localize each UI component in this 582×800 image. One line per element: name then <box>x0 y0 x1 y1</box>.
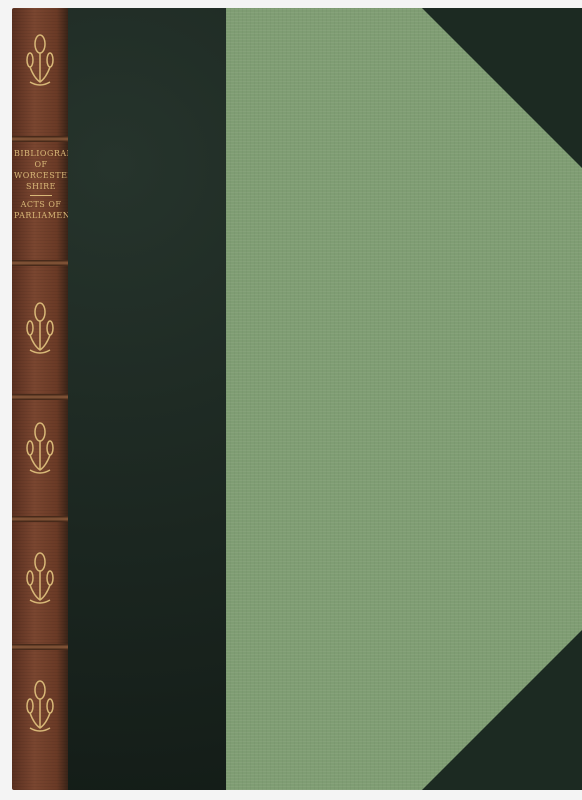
thistle-ornament-icon <box>22 30 58 90</box>
spine-band <box>12 260 68 266</box>
spine-title-line: OF <box>14 159 68 170</box>
spine-title-line: WORCESTER- <box>14 170 68 181</box>
board-leather-strip <box>68 8 226 790</box>
book: BIBLIOGRAPHY OF WORCESTER- SHIRE ACTS OF… <box>12 8 582 790</box>
spine-rule <box>30 195 52 196</box>
spine-title-line: SHIRE <box>14 181 68 192</box>
spine-band <box>12 136 68 142</box>
spine-subtitle-line: ACTS OF <box>14 199 68 210</box>
thistle-ornament-icon <box>22 676 58 736</box>
thistle-ornament-icon <box>22 418 58 478</box>
spine-band <box>12 644 68 650</box>
spine-subtitle-line: PARLIAMENT <box>14 210 68 221</box>
leather-corner-bottom <box>422 630 582 790</box>
spine-band <box>12 516 68 522</box>
book-spine: BIBLIOGRAPHY OF WORCESTER- SHIRE ACTS OF… <box>12 8 68 790</box>
spine-title: BIBLIOGRAPHY OF WORCESTER- SHIRE ACTS OF… <box>14 148 68 221</box>
thistle-ornament-icon <box>22 548 58 608</box>
thistle-ornament-icon <box>22 298 58 358</box>
board-cloth <box>226 8 582 790</box>
spine-band <box>12 394 68 400</box>
spine-title-line: BIBLIOGRAPHY <box>14 148 68 159</box>
leather-corner-top <box>422 8 582 168</box>
